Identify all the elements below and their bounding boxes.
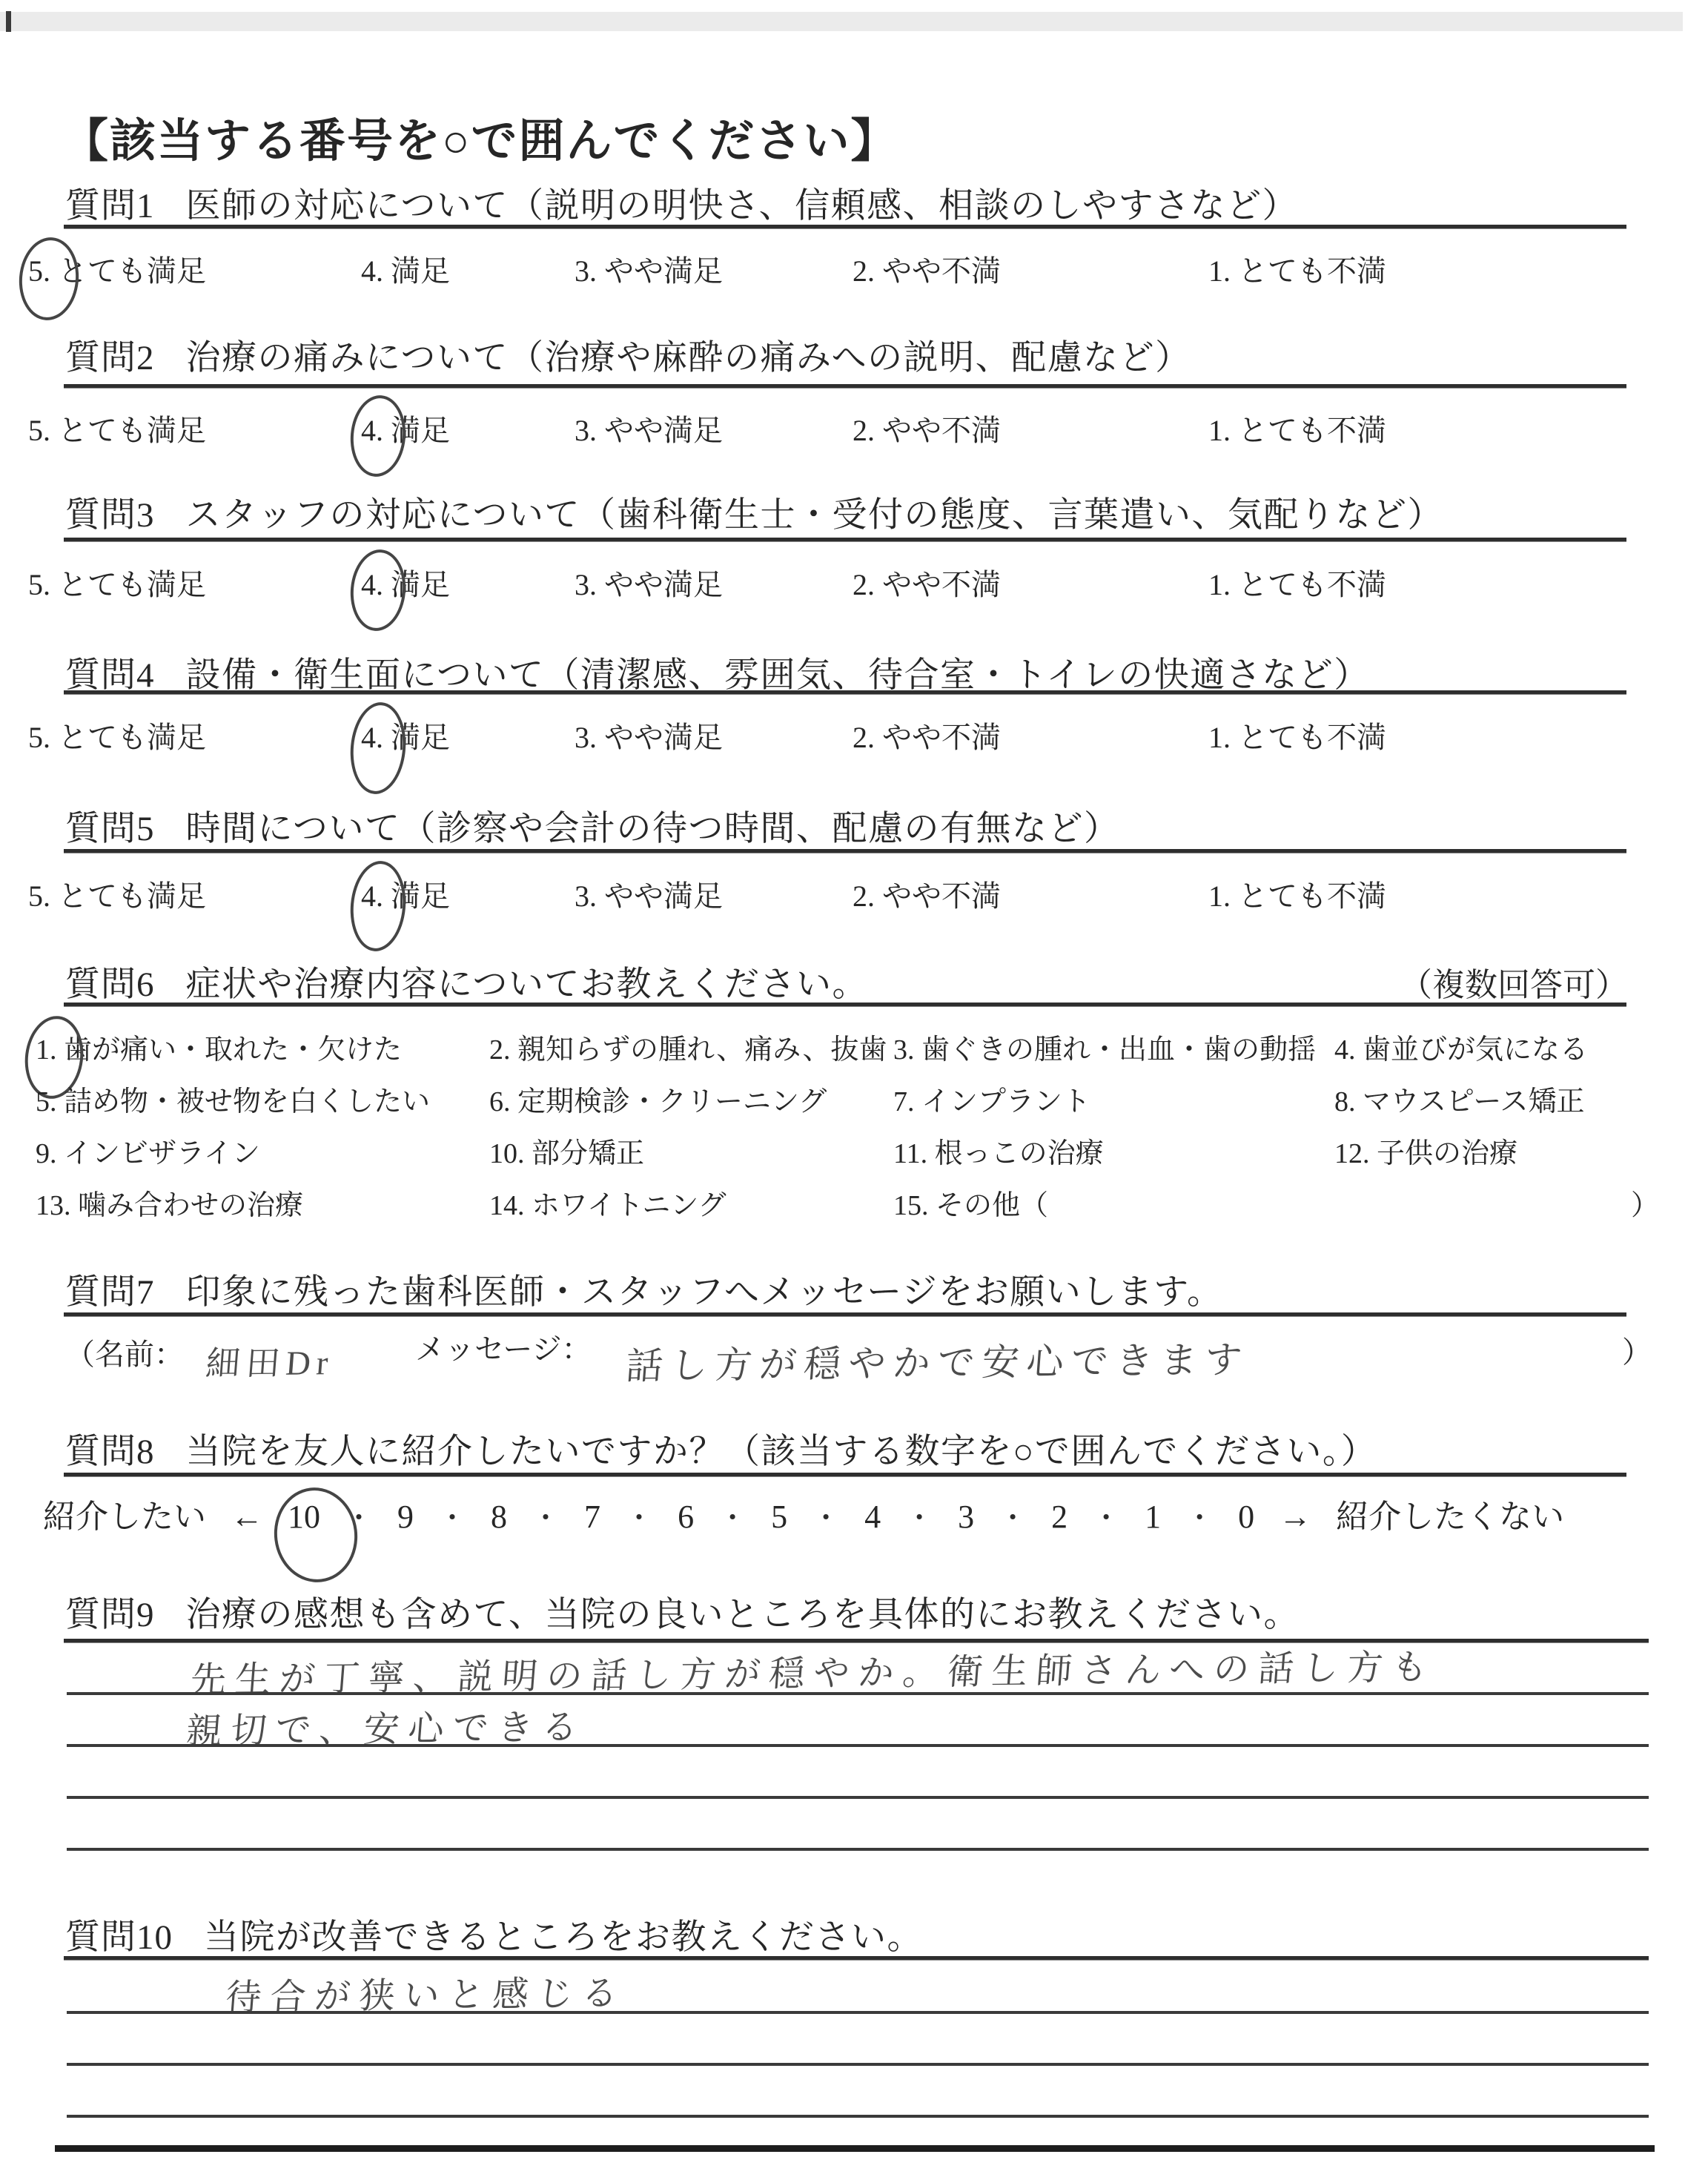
question1-title: 医師の対応について（説明の明快さ、信頼感、相談のしやすさなど） [186,178,1299,228]
symptom-item-12: 12. 子供の治療 [1334,1130,1517,1171]
symptom-item-2: 2. 親知らずの腫れ、痛み、抜歯 [489,1026,887,1067]
ruled-line [67,1744,1649,1747]
option-5: 5. とても満足 [28,248,206,290]
nps-value-7: 7 [584,1498,600,1536]
nps-value-3: 3 [958,1498,974,1536]
option-2: 2. やや不満 [853,561,1001,604]
name-field-label: （名前： [65,1331,184,1373]
nps-value-0: 0 [1238,1498,1254,1536]
symptom-item-8: 8. マウスピース矯正 [1334,1078,1584,1119]
dot-separator: ・ [438,1495,466,1536]
question4-title: 設備・衛生面について（清潔感、雰囲気、待合室・トイレの快適さなど） [186,647,1370,697]
option-5: 5. とても満足 [28,561,206,604]
option-2: 2. やや不満 [853,248,1001,290]
option-1: 1. とても不満 [1208,248,1386,290]
dot-separator: ・ [625,1495,653,1536]
question4-heading: 質問4 設備・衛生面について（清潔感、雰囲気、待合室・トイレの快適さなど） [65,647,1370,697]
ruled-line [67,2115,1649,2118]
dot-separator: ・ [1185,1495,1214,1536]
option-3: 3. やや満足 [575,407,723,449]
handwritten-name: 細田Dr [204,1335,336,1386]
question6-title: 症状や治療内容についてお教えください。 [186,957,869,1006]
multiple-answers-note: （複数回答可） [1400,958,1628,1005]
option-1: 1. とても不満 [1208,714,1386,756]
dot-separator: ・ [532,1495,560,1536]
dot-separator: ・ [999,1495,1027,1536]
question10-heading: 質問10 当院が改善できるところをお教えください。 [65,1909,923,1959]
closing-paren: ） [1622,1329,1652,1371]
ruled-line [67,2011,1649,2014]
dot-separator: ・ [905,1495,933,1536]
option-4: 4. 満足 [361,248,450,290]
option-4: 4. 満足 [361,873,450,915]
option-5: 5. とても満足 [28,407,206,449]
symptom-item-11: 11. 根っこの治療 [893,1130,1104,1171]
symptom-item-6: 6. 定期検診・クリーニング [489,1078,827,1119]
question5-underline [64,849,1626,853]
question8-label: 質問8 [65,1424,155,1473]
nps-value-5: 5 [771,1498,787,1536]
nps-value-8: 8 [491,1498,507,1536]
question7-underline [64,1312,1626,1317]
left-arrow-icon: ← [231,1498,263,1536]
selection-circle [347,547,408,633]
question3-heading: 質問3 スタッフの対応について（歯科衛生士・受付の態度、言葉遣い、気配りなど） [65,487,1443,537]
selection-circle [347,700,410,796]
option-5: 5. とても満足 [28,714,206,756]
option-3: 3. やや満足 [575,873,723,915]
question5-heading: 質問5 時間について（診察や会計の待つ時間、配慮の有無など） [65,801,1120,851]
symptom-item-3: 3. 歯ぐきの腫れ・出血・歯の動揺 [893,1026,1316,1067]
question2-label: 質問2 [65,330,155,380]
nps-left-label: 紹介したい [43,1490,206,1537]
dot-separator: ・ [1092,1495,1120,1536]
option-4: 4. 満足 [361,714,450,756]
symptom-item-13: 13. 噛み合わせの治療 [36,1182,303,1223]
option-2: 2. やや不満 [853,407,1001,449]
option-4: 4. 満足 [361,561,450,604]
option-2: 2. やや不満 [853,873,1001,915]
question7-title: 印象に残った歯科医師・スタッフへメッセージをお願いします。 [186,1264,1223,1314]
message-field-label: メッセージ： [415,1326,592,1368]
symptom-item-1: 1. 歯が痛い・取れた・欠けた [36,1026,402,1067]
question9-title: 治療の感想も含めて、当院の良いところを具体的にお教えください。 [186,1587,1300,1636]
question8-heading: 質問8 当院を友人に紹介したいですか？（該当する数字を○で囲んでください。） [65,1424,1377,1473]
option-3: 3. やや満足 [575,714,723,756]
question5-label: 質問5 [65,801,155,851]
question8-title: 当院を友人に紹介したいですか？（該当する数字を○で囲んでください。） [186,1424,1377,1473]
option-3: 3. やや満足 [575,561,723,604]
question9-heading: 質問9 治療の感想も含めて、当院の良いところを具体的にお教えください。 [65,1587,1300,1636]
question1-heading: 質問1 医師の対応について（説明の明快さ、信頼感、相談のしやすさなど） [65,178,1298,228]
selection-circle [347,859,409,954]
question2-title: 治療の痛みについて（治療や麻酔の痛みへの説明、配慮など） [186,330,1191,380]
option-1: 1. とても不満 [1208,407,1386,449]
symptom-item-5: 5. 詰め物・被せ物を白くしたい [36,1078,430,1119]
bottom-edge-line [55,2145,1655,2152]
question10-title: 当院が改善できるところをお教えください。 [204,1909,923,1959]
scan-artifact-band [0,12,1683,31]
question10-label: 質問10 [65,1909,173,1959]
page-title: 【該当する番号を○で囲んでください】 [62,104,898,170]
question7-label: 質問7 [65,1264,155,1314]
question3-label: 質問3 [65,487,155,537]
option-4: 4. 満足 [361,407,450,449]
nps-scale-row: 紹介したい ← 10 ・ 9 ・ 8 ・ 7 ・ 6 ・ 5 ・ 4 ・ 3 ・… [43,1490,1564,1537]
question6-underline [64,1003,1626,1007]
nps-value-9: 9 [397,1498,414,1536]
option-1: 1. とても不満 [1208,561,1386,604]
option-3: 3. やや満足 [575,248,723,290]
symptom-item-10: 10. 部分矯正 [489,1130,644,1171]
selection-circle [347,393,408,479]
nps-value-1: 1 [1145,1498,1161,1536]
question7-heading: 質問7 印象に残った歯科医師・スタッフへメッセージをお願いします。 [65,1264,1222,1314]
option-5: 5. とても満足 [28,873,206,915]
other-close-paren: ） [1631,1182,1659,1223]
nps-value-4: 4 [864,1498,881,1536]
symptom-item-7: 7. インプラント [893,1078,1090,1119]
symptom-item-9: 9. インビザライン [36,1130,260,1171]
question3-title: スタッフの対応について（歯科衛生士・受付の態度、言葉遣い、気配りなど） [186,487,1444,537]
question9-label: 質問9 [65,1587,155,1636]
nps-right-label: 紹介したくない [1336,1490,1564,1537]
question4-label: 質問4 [65,647,155,697]
selection-circle [16,235,82,323]
survey-scan-page: 【該当する番号を○で囲んでください】 質問1 医師の対応について（説明の明快さ、… [0,0,1708,2160]
symptom-item-4: 4. 歯並びが気になる [1334,1026,1588,1067]
symptom-item-14: 14. ホワイトニング [489,1182,726,1223]
question10-underline [64,1956,1649,1961]
question5-title: 時間について（診察や会計の待つ時間、配慮の有無など） [186,801,1120,851]
right-arrow-icon: → [1279,1498,1311,1536]
ruled-line [67,1848,1649,1851]
symptom-item-15: 15. その他（ [893,1182,1048,1223]
question3-underline [64,538,1626,542]
dot-separator: ・ [718,1495,747,1536]
option-2: 2. やや不満 [853,714,1001,756]
question6-heading: 質問6 症状や治療内容についてお教えください。 [65,957,868,1006]
nps-value-6: 6 [678,1498,694,1536]
nps-value-10: 10 [288,1498,320,1536]
question6-label: 質問6 [65,957,155,1006]
ruled-line [67,1692,1649,1695]
question8-underline [64,1473,1626,1477]
scan-artifact-notch [6,11,11,32]
question4-underline [64,690,1626,695]
handwritten-message: 話し方が穏やかで安心できます [624,1330,1251,1390]
dot-separator: ・ [345,1495,373,1536]
nps-value-2: 2 [1051,1498,1067,1536]
question1-underline [64,225,1626,229]
dot-separator: ・ [812,1495,840,1536]
question1-label: 質問1 [65,178,155,228]
option-1: 1. とても不満 [1208,873,1386,915]
ruled-line [67,2063,1649,2066]
ruled-line [67,1796,1649,1799]
question2-underline [64,384,1626,389]
question2-heading: 質問2 治療の痛みについて（治療や麻酔の痛みへの説明、配慮など） [65,330,1191,380]
